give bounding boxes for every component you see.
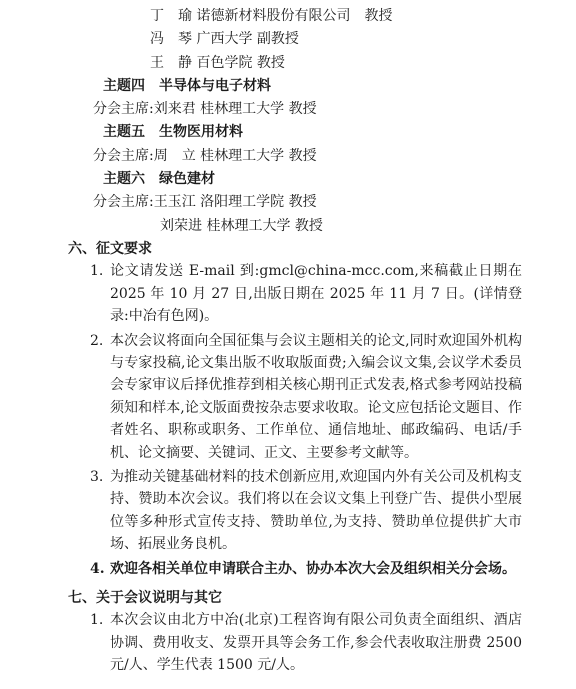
topic-five-chair: 分会主席:周 立 桂林理工大学 教授 [93,145,522,168]
topic-four-chair: 分会主席:刘来君 桂林理工大学 教授 [93,98,522,121]
list-number: 3. [90,466,110,556]
topic-five-title: 主题五 生物医用材料 [103,121,522,144]
list-item-text: 论文请发送 E-mail 到:gmcl@china-mcc.com,来稿截止日期… [110,260,522,327]
list-item-text: 欢迎各相关单位申请联合主办、协办本次大会及组织相关分会场。 [110,558,522,580]
section-six-item-1: 1. 论文请发送 E-mail 到:gmcl@china-mcc.com,来稿截… [90,260,522,327]
committee-and-topics-block: 丁 瑜 诺德新材料股份有限公司 教授 冯 琴 广西大学 副教授 王 静 百色学院… [68,5,522,238]
list-item-text: 本次会议由北方中冶(北京)工程咨询有限公司负责全面组织、酒店协调、费用收支、发票… [110,609,522,676]
topic-six-chair: 分会主席:王玉江 洛阳理工学院 教授 [93,191,522,214]
list-number: 4. [90,558,110,580]
committee-member-line: 丁 瑜 诺德新材料股份有限公司 教授 [150,5,522,28]
committee-member-line: 王 静 百色学院 教授 [150,52,522,75]
document-page: 丁 瑜 诺德新材料股份有限公司 教授 冯 琴 广西大学 副教授 王 静 百色学院… [0,0,576,689]
list-number: 1. [90,260,110,327]
section-six-heading: 六、征文要求 [68,238,522,260]
list-number: 2. [90,330,110,464]
topic-six-title: 主题六 绿色建材 [103,168,522,191]
section-seven-item-1: 1. 本次会议由北方中冶(北京)工程咨询有限公司负责全面组织、酒店协调、费用收支… [90,609,522,676]
section-six-item-4: 4. 欢迎各相关单位申请联合主办、协办本次大会及组织相关分会场。 [90,558,522,580]
list-item-text: 为推动关键基础材料的技术创新应用,欢迎国内外有关公司及机构支持、赞助本次会议。我… [110,466,522,556]
section-six-item-3: 3. 为推动关键基础材料的技术创新应用,欢迎国内外有关公司及机构支持、赞助本次会… [90,466,522,556]
list-item-text: 本次会议将面向全国征集与会议主题相关的论文,同时欢迎国外机构与专家投稿,论文集出… [110,330,522,464]
section-six-item-2: 2. 本次会议将面向全国征集与会议主题相关的论文,同时欢迎国外机构与专家投稿,论… [90,330,522,464]
section-seven-heading: 七、关于会议说明与其它 [68,587,522,609]
topic-four-title: 主题四 半导体与电子材料 [103,75,522,98]
list-number: 1. [90,609,110,676]
committee-member-line: 冯 琴 广西大学 副教授 [150,28,522,51]
topic-six-chair-second: 刘荣进 桂林理工大学 教授 [160,215,522,238]
